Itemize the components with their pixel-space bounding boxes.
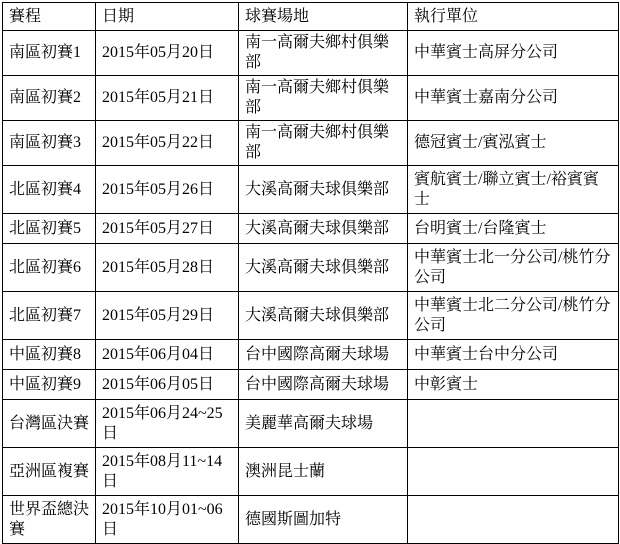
cell-schedule: 亞洲區複賽 <box>3 448 96 496</box>
cell-organizer: 中華賓士嘉南分公司 <box>408 76 619 121</box>
cell-schedule: 中區初賽9 <box>3 370 96 400</box>
column-header-venue: 球賽場地 <box>239 3 408 31</box>
cell-organizer: 中華賓士北二分公司/桃竹分公司 <box>408 292 619 340</box>
table-row: 南區初賽2 2015年05月21日 南一高爾夫鄉村俱樂部 中華賓士嘉南分公司 <box>3 76 619 121</box>
cell-schedule: 北區初賽5 <box>3 214 96 244</box>
cell-venue: 德國斯圖加特 <box>239 496 408 544</box>
cell-date: 2015年05月20日 <box>96 31 239 76</box>
cell-venue: 台中國際高爾夫球場 <box>239 340 408 370</box>
table-row: 世界盃總決賽 2015年10月01~06日 德國斯圖加特 <box>3 496 619 544</box>
table-row: 北區初賽5 2015年05月27日 大溪高爾夫球俱樂部 台明賓士/台隆賓士 <box>3 214 619 244</box>
cell-organizer: 中華賓士台中分公司 <box>408 340 619 370</box>
cell-date: 2015年05月26日 <box>96 166 239 214</box>
cell-venue: 大溪高爾夫球俱樂部 <box>239 214 408 244</box>
table-row: 北區初賽4 2015年05月26日 大溪高爾夫球俱樂部 賓航賓士/聯立賓士/裕賓… <box>3 166 619 214</box>
cell-venue: 台中國際高爾夫球場 <box>239 370 408 400</box>
column-header-organizer: 執行單位 <box>408 3 619 31</box>
cell-organizer: 台明賓士/台隆賓士 <box>408 214 619 244</box>
cell-venue: 大溪高爾夫球俱樂部 <box>239 166 408 214</box>
cell-date: 2015年05月22日 <box>96 121 239 166</box>
table-row: 台灣區決賽 2015年06月24~25日 美麗華高爾夫球場 <box>3 400 619 448</box>
table-row: 中區初賽9 2015年06月05日 台中國際高爾夫球場 中彰賓士 <box>3 370 619 400</box>
cell-schedule: 南區初賽1 <box>3 31 96 76</box>
table-row: 北區初賽6 2015年05月28日 大溪高爾夫球俱樂部 中華賓士北一分公司/桃竹… <box>3 244 619 292</box>
cell-organizer: 德冠賓士/賓泓賓士 <box>408 121 619 166</box>
column-header-date: 日期 <box>96 3 239 31</box>
cell-date: 2015年06月24~25日 <box>96 400 239 448</box>
cell-date: 2015年06月05日 <box>96 370 239 400</box>
column-header-schedule: 賽程 <box>3 3 96 31</box>
cell-date: 2015年05月21日 <box>96 76 239 121</box>
cell-schedule: 北區初賽7 <box>3 292 96 340</box>
cell-schedule: 北區初賽4 <box>3 166 96 214</box>
cell-venue: 南一高爾夫鄉村俱樂部 <box>239 121 408 166</box>
cell-organizer <box>408 448 619 496</box>
table-row: 中區初賽8 2015年06月04日 台中國際高爾夫球場 中華賓士台中分公司 <box>3 340 619 370</box>
cell-date: 2015年06月04日 <box>96 340 239 370</box>
cell-date: 2015年05月29日 <box>96 292 239 340</box>
cell-venue: 美麗華高爾夫球場 <box>239 400 408 448</box>
cell-organizer: 中彰賓士 <box>408 370 619 400</box>
table-row: 南區初賽3 2015年05月22日 南一高爾夫鄉村俱樂部 德冠賓士/賓泓賓士 <box>3 121 619 166</box>
cell-organizer: 中華賓士北一分公司/桃竹分公司 <box>408 244 619 292</box>
cell-organizer <box>408 400 619 448</box>
tournament-schedule-table: 賽程 日期 球賽場地 執行單位 南區初賽1 2015年05月20日 南一高爾夫鄉… <box>2 2 619 544</box>
cell-schedule: 北區初賽6 <box>3 244 96 292</box>
table-row: 亞洲區複賽 2015年08月11~14日 澳洲昆士蘭 <box>3 448 619 496</box>
cell-venue: 澳洲昆士蘭 <box>239 448 408 496</box>
cell-schedule: 南區初賽2 <box>3 76 96 121</box>
cell-venue: 大溪高爾夫球俱樂部 <box>239 244 408 292</box>
cell-schedule: 中區初賽8 <box>3 340 96 370</box>
cell-organizer <box>408 496 619 544</box>
cell-date: 2015年05月28日 <box>96 244 239 292</box>
cell-date: 2015年10月01~06日 <box>96 496 239 544</box>
table-header-row: 賽程 日期 球賽場地 執行單位 <box>3 3 619 31</box>
cell-organizer: 賓航賓士/聯立賓士/裕賓賓士 <box>408 166 619 214</box>
cell-venue: 大溪高爾夫球俱樂部 <box>239 292 408 340</box>
table-row: 北區初賽7 2015年05月29日 大溪高爾夫球俱樂部 中華賓士北二分公司/桃竹… <box>3 292 619 340</box>
cell-organizer: 中華賓士高屏分公司 <box>408 31 619 76</box>
cell-venue: 南一高爾夫鄉村俱樂部 <box>239 31 408 76</box>
cell-schedule: 世界盃總決賽 <box>3 496 96 544</box>
cell-venue: 南一高爾夫鄉村俱樂部 <box>239 76 408 121</box>
cell-schedule: 台灣區決賽 <box>3 400 96 448</box>
cell-date: 2015年08月11~14日 <box>96 448 239 496</box>
cell-schedule: 南區初賽3 <box>3 121 96 166</box>
cell-date: 2015年05月27日 <box>96 214 239 244</box>
table-row: 南區初賽1 2015年05月20日 南一高爾夫鄉村俱樂部 中華賓士高屏分公司 <box>3 31 619 76</box>
